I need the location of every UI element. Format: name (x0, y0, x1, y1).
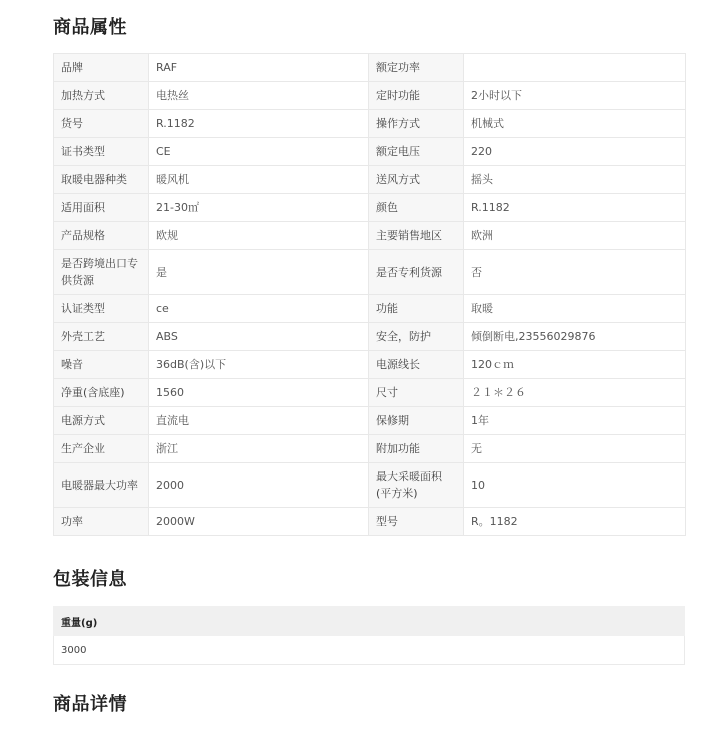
attr-value: RAF (149, 54, 369, 82)
attr-value: 欧洲 (464, 222, 686, 250)
attr-label: 安全，防护 (369, 323, 464, 351)
attr-label: 功能 (369, 295, 464, 323)
attr-label: 电暖器最大功率 (54, 463, 149, 508)
attr-value (464, 54, 686, 82)
table-row: 品牌RAF额定功率 (54, 54, 686, 82)
attr-label: 噪音 (54, 351, 149, 379)
table-row: 货号R.1182操作方式机械式 (54, 110, 686, 138)
attr-label: 最大采暖面积(平方米) (369, 463, 464, 508)
packaging-table: 重量(g) 3000 (53, 606, 685, 665)
attr-label: 附加功能 (369, 435, 464, 463)
packaging-value-weight: 3000 (54, 636, 685, 665)
attr-value: 2000 (149, 463, 369, 508)
attr-label: 颜色 (369, 194, 464, 222)
attr-value: 电热丝 (149, 82, 369, 110)
attr-value: 36dB(含)以下 (149, 351, 369, 379)
attr-value: 220 (464, 138, 686, 166)
section-title-attributes: 商品属性 (53, 16, 127, 40)
section-title-packaging: 包装信息 (53, 568, 127, 592)
attr-value: 摇头 (464, 166, 686, 194)
attr-value: 取暖 (464, 295, 686, 323)
table-row: 净重(含底座)1560尺寸２１＊２６ (54, 379, 686, 407)
packaging-header-row: 重量(g) (54, 607, 685, 636)
attr-label: 外壳工艺 (54, 323, 149, 351)
table-row: 加热方式电热丝定时功能2小时以下 (54, 82, 686, 110)
attr-value: R.1182 (149, 110, 369, 138)
table-row: 证书类型CE额定电压220 (54, 138, 686, 166)
attr-label: 型号 (369, 508, 464, 536)
attr-value: 欧规 (149, 222, 369, 250)
attr-label: 证书类型 (54, 138, 149, 166)
table-row: 产品规格欧规主要销售地区欧洲 (54, 222, 686, 250)
attr-value: 1560 (149, 379, 369, 407)
attr-label: 尺寸 (369, 379, 464, 407)
attr-value: ce (149, 295, 369, 323)
attr-value: ABS (149, 323, 369, 351)
attr-value: 2小时以下 (464, 82, 686, 110)
attr-label: 额定功率 (369, 54, 464, 82)
attr-label: 取暖电器种类 (54, 166, 149, 194)
table-row: 是否跨境出口专供货源是是否专利货源否 (54, 250, 686, 295)
attr-label: 产品规格 (54, 222, 149, 250)
attr-label: 电源方式 (54, 407, 149, 435)
table-row: 功率2000W型号R。1182 (54, 508, 686, 536)
attr-label: 额定电压 (369, 138, 464, 166)
table-row: 认证类型ce功能取暖 (54, 295, 686, 323)
attr-value: CE (149, 138, 369, 166)
attr-value: 浙江 (149, 435, 369, 463)
table-row: 适用面积21-30㎡颜色R.1182 (54, 194, 686, 222)
attr-value: 120ｃｍ (464, 351, 686, 379)
attr-value: 直流电 (149, 407, 369, 435)
attr-label: 净重(含底座) (54, 379, 149, 407)
attr-value: ２１＊２６ (464, 379, 686, 407)
attr-label: 认证类型 (54, 295, 149, 323)
table-row: 电源方式直流电保修期1年 (54, 407, 686, 435)
attr-label: 定时功能 (369, 82, 464, 110)
packaging-header-weight: 重量(g) (54, 607, 685, 636)
attr-label: 主要销售地区 (369, 222, 464, 250)
attr-value: 1年 (464, 407, 686, 435)
attr-label: 是否专利货源 (369, 250, 464, 295)
attr-label: 品牌 (54, 54, 149, 82)
attr-value: R。1182 (464, 508, 686, 536)
table-row: 取暖电器种类暖风机送风方式摇头 (54, 166, 686, 194)
attr-label: 操作方式 (369, 110, 464, 138)
attr-label: 电源线长 (369, 351, 464, 379)
attr-label: 适用面积 (54, 194, 149, 222)
attr-label: 货号 (54, 110, 149, 138)
attr-label: 保修期 (369, 407, 464, 435)
table-row: 生产企业浙江附加功能无 (54, 435, 686, 463)
attr-label: 是否跨境出口专供货源 (54, 250, 149, 295)
attr-value: 机械式 (464, 110, 686, 138)
attr-value: 是 (149, 250, 369, 295)
attr-label: 加热方式 (54, 82, 149, 110)
table-row: 噪音36dB(含)以下电源线长120ｃｍ (54, 351, 686, 379)
attr-value: 10 (464, 463, 686, 508)
attr-value: 21-30㎡ (149, 194, 369, 222)
attr-value: 否 (464, 250, 686, 295)
attr-label: 送风方式 (369, 166, 464, 194)
attr-value: 无 (464, 435, 686, 463)
table-row: 外壳工艺ABS安全，防护倾倒断电,23556029876 (54, 323, 686, 351)
table-row: 电暖器最大功率2000最大采暖面积(平方米)10 (54, 463, 686, 508)
attr-value: 2000W (149, 508, 369, 536)
packaging-value-row: 3000 (54, 636, 685, 665)
attr-value: R.1182 (464, 194, 686, 222)
attr-label: 生产企业 (54, 435, 149, 463)
attr-value: 暖风机 (149, 166, 369, 194)
attributes-table: 品牌RAF额定功率加热方式电热丝定时功能2小时以下货号R.1182操作方式机械式… (53, 53, 686, 536)
attr-value: 倾倒断电,23556029876 (464, 323, 686, 351)
section-title-details: 商品详情 (53, 693, 127, 717)
attr-label: 功率 (54, 508, 149, 536)
